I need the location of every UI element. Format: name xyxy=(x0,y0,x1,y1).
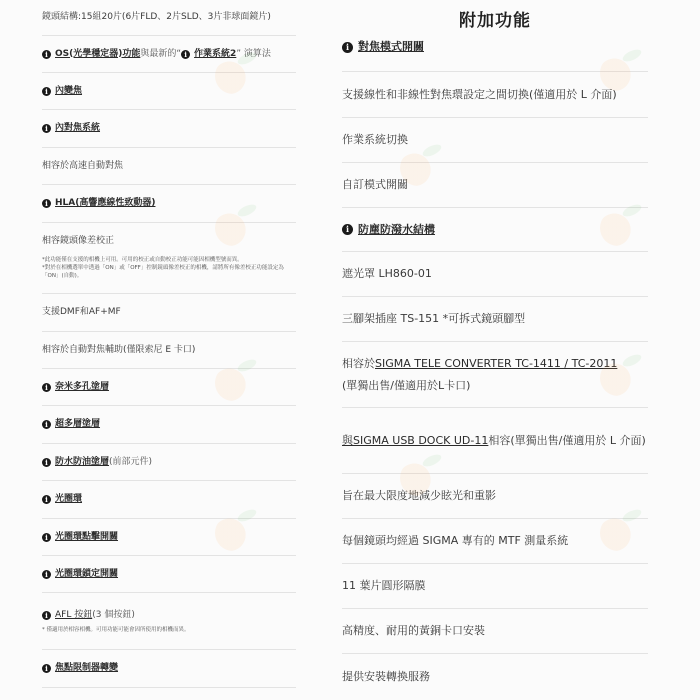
linear-focus-text: 支援線性和非線性對焦環設定之間切換(僅適用於 L 介面) xyxy=(342,84,648,106)
info-icon[interactable]: i xyxy=(42,611,51,620)
spec-row-os: i OS(光學穩定器)功能 與最新的“ i 作業系統2 ” 演算法 xyxy=(42,36,296,73)
spec-row-water-oil: i防水防油塗層(前部元件) xyxy=(42,444,296,481)
brass-mount-text: 高精度、耐用的黃銅卡口安裝 xyxy=(342,620,648,642)
feature-row-mount-conversion: 提供安裝轉換服務 xyxy=(342,654,648,699)
spec-row-high-speed-af: 相容於高速自動對焦 xyxy=(42,148,296,185)
info-icon[interactable]: i xyxy=(42,495,51,504)
spec-row-multilayer: i超多層塗層 xyxy=(42,406,296,444)
spec-row-aberration: 相容鏡頭像差校正 *此功能僅在支援的相機上可用。可用的校正或自動校正功能可能因相… xyxy=(42,223,296,294)
feature-row-focus-mode: i對焦模式開關 xyxy=(342,36,648,72)
afl-count-text: (3 個按鈕) xyxy=(92,609,135,622)
focus-limiter-link[interactable]: 焦點限制器轉變 xyxy=(55,662,118,675)
info-icon[interactable]: i xyxy=(42,87,51,96)
internal-zoom-link[interactable]: 內變焦 xyxy=(55,85,82,98)
lock-switch-link[interactable]: 光圈環鎖定開關 xyxy=(55,568,118,581)
os-switch-text: 作業系統切換 xyxy=(342,129,648,151)
spec-row-nano-coating: i奈米多孔塗層 xyxy=(42,369,296,406)
info-icon[interactable]: i xyxy=(42,570,51,579)
algorithm-text: ” 演算法 xyxy=(236,48,271,61)
feature-row-dust-splash: i防塵防潑水結構 xyxy=(342,208,648,252)
spec-row-focus-limiter: i焦點限制器轉變 xyxy=(42,650,296,688)
feature-row-teleconverter: 相容於SIGMA TELE CONVERTER TC-1411 / TC-201… xyxy=(342,342,648,408)
feature-row-usb-dock: 與SIGMA USB DOCK UD-11相容(單獨出售/僅適用於 L 介面) xyxy=(342,408,648,474)
dmf-text: 支援DMF和AF+MF xyxy=(42,306,296,319)
info-icon[interactable]: i xyxy=(342,224,353,235)
diaphragm-text: 11 葉片圓形隔膜 xyxy=(342,575,648,597)
feature-row-custom-mode: 自訂模式開關 xyxy=(342,163,648,208)
feature-row-flare: 旨在最大限度地減少眩光和重影 xyxy=(342,474,648,519)
teleconverter-link[interactable]: SIGMA TELE CONVERTER TC-1411 / TC-2011 xyxy=(375,357,617,370)
focus-mode-switch-link[interactable]: 對焦模式開關 xyxy=(358,36,424,58)
lens-hood-text: 遮光罩 LH860-01 xyxy=(342,263,648,285)
info-icon[interactable]: i xyxy=(42,383,51,392)
dust-splash-link[interactable]: 防塵防潑水結構 xyxy=(358,219,435,241)
front-element-text: (前部元件) xyxy=(109,456,152,469)
info-icon[interactable]: i xyxy=(42,420,51,429)
mtf-text: 每個鏡頭均經過 SIGMA 專有的 MTF 測量系統 xyxy=(342,530,648,552)
water-oil-coating-link[interactable]: 防水防油塗層 xyxy=(55,456,109,469)
info-icon[interactable]: i xyxy=(342,42,353,53)
additional-features-column: 附加功能 i對焦模式開關 支援線性和非線性對焦環設定之間切換(僅適用於 L 介面… xyxy=(342,0,648,699)
section-title: 附加功能 xyxy=(342,0,648,36)
usb-dock-note: 相容(單獨出售/僅適用於 L 介面) xyxy=(488,434,645,447)
info-icon[interactable]: i xyxy=(42,664,51,673)
high-speed-af-text: 相容於高速自動對焦 xyxy=(42,160,296,173)
teleconverter-note: (單獨出售/僅適用於L卡口) xyxy=(342,375,648,397)
os-link[interactable]: OS(光學穩定器)功能 xyxy=(55,48,140,61)
spec-row-internal-zoom: i內變焦 xyxy=(42,73,296,110)
lens-construction-text: 鏡頭結構:15組20片(6片FLD、2片SLD、3片非球面鏡片) xyxy=(42,11,296,24)
flare-text: 旨在最大限度地減少眩光和重影 xyxy=(342,485,648,507)
spec-row-hla: iHLA(高響應線性致動器) xyxy=(42,185,296,223)
specs-column: 鏡頭結構:15組20片(6片FLD、2片SLD、3片非球面鏡片) i OS(光學… xyxy=(42,0,296,688)
afl-note: * 僅適用於相容相機。可用功能可能會因所使用的相機而異。 xyxy=(42,626,296,634)
feature-row-lens-hood: 遮光罩 LH860-01 xyxy=(342,252,648,297)
feature-row-tripod-socket: 三腳架插座 TS-151 *可拆式鏡頭腳型 xyxy=(342,297,648,342)
tripod-socket-text: 三腳架插座 TS-151 *可拆式鏡頭腳型 xyxy=(342,308,648,330)
feature-row-brass-mount: 高精度、耐用的黃銅卡口安裝 xyxy=(342,609,648,654)
os-text-part: 與最新的“ xyxy=(140,48,181,61)
custom-mode-text: 自訂模式開關 xyxy=(342,174,648,196)
internal-focus-link[interactable]: 內對焦系統 xyxy=(55,122,100,135)
spec-row-lock-switch: i光圈環鎖定開關 xyxy=(42,556,296,593)
af-assist-text: 相容於自動對焦輔助(僅限索尼 E 卡口) xyxy=(42,344,296,357)
feature-row-os-switch: 作業系統切換 xyxy=(342,118,648,163)
multilayer-coating-link[interactable]: 超多層塗層 xyxy=(55,418,100,431)
feature-row-mtf: 每個鏡頭均經過 SIGMA 專有的 MTF 測量系統 xyxy=(342,519,648,564)
spec-row-internal-focus: i內對焦系統 xyxy=(42,110,296,148)
aberration-note: *此功能僅在支援的相機上可用。可用的校正或自動校正功能可能因相機型號而異。 *對… xyxy=(42,256,296,280)
feature-row-linear-focus: 支援線性和非線性對焦環設定之間切換(僅適用於 L 介面) xyxy=(342,72,648,118)
spec-row-dmf: 支援DMF和AF+MF xyxy=(42,294,296,332)
aberration-text: 相容鏡頭像差校正 xyxy=(42,235,296,248)
os2-link[interactable]: 作業系統2 xyxy=(194,48,236,61)
spec-row-afl: iAFL 按鈕(3 個按鈕) * 僅適用於相容相機。可用功能可能會因所使用的相機… xyxy=(42,593,296,650)
mount-conversion-text: 提供安裝轉換服務 xyxy=(342,666,648,688)
spec-row-lens-construction: 鏡頭結構:15組20片(6片FLD、2片SLD、3片非球面鏡片) xyxy=(42,0,296,36)
afl-button-link[interactable]: AFL 按鈕 xyxy=(55,609,92,622)
spec-row-click-switch: i光圈環點擊開關 xyxy=(42,519,296,556)
feature-row-diaphragm: 11 葉片圓形隔膜 xyxy=(342,564,648,609)
info-icon[interactable]: i xyxy=(42,124,51,133)
info-icon[interactable]: i xyxy=(181,50,190,59)
usb-dock-link[interactable]: 與SIGMA USB DOCK UD-11 xyxy=(342,434,488,447)
aperture-ring-link[interactable]: 光圈環 xyxy=(55,493,82,506)
spec-row-af-assist: 相容於自動對焦輔助(僅限索尼 E 卡口) xyxy=(42,332,296,369)
info-icon[interactable]: i xyxy=(42,199,51,208)
info-icon[interactable]: i xyxy=(42,50,51,59)
info-icon[interactable]: i xyxy=(42,533,51,542)
compatible-prefix: 相容於 xyxy=(342,357,375,370)
spec-row-aperture-ring: i光圈環 xyxy=(42,481,296,519)
click-switch-link[interactable]: 光圈環點擊開關 xyxy=(55,531,118,544)
hla-link[interactable]: HLA(高響應線性致動器) xyxy=(55,197,155,210)
info-icon[interactable]: i xyxy=(42,458,51,467)
nano-coating-link[interactable]: 奈米多孔塗層 xyxy=(55,381,109,394)
